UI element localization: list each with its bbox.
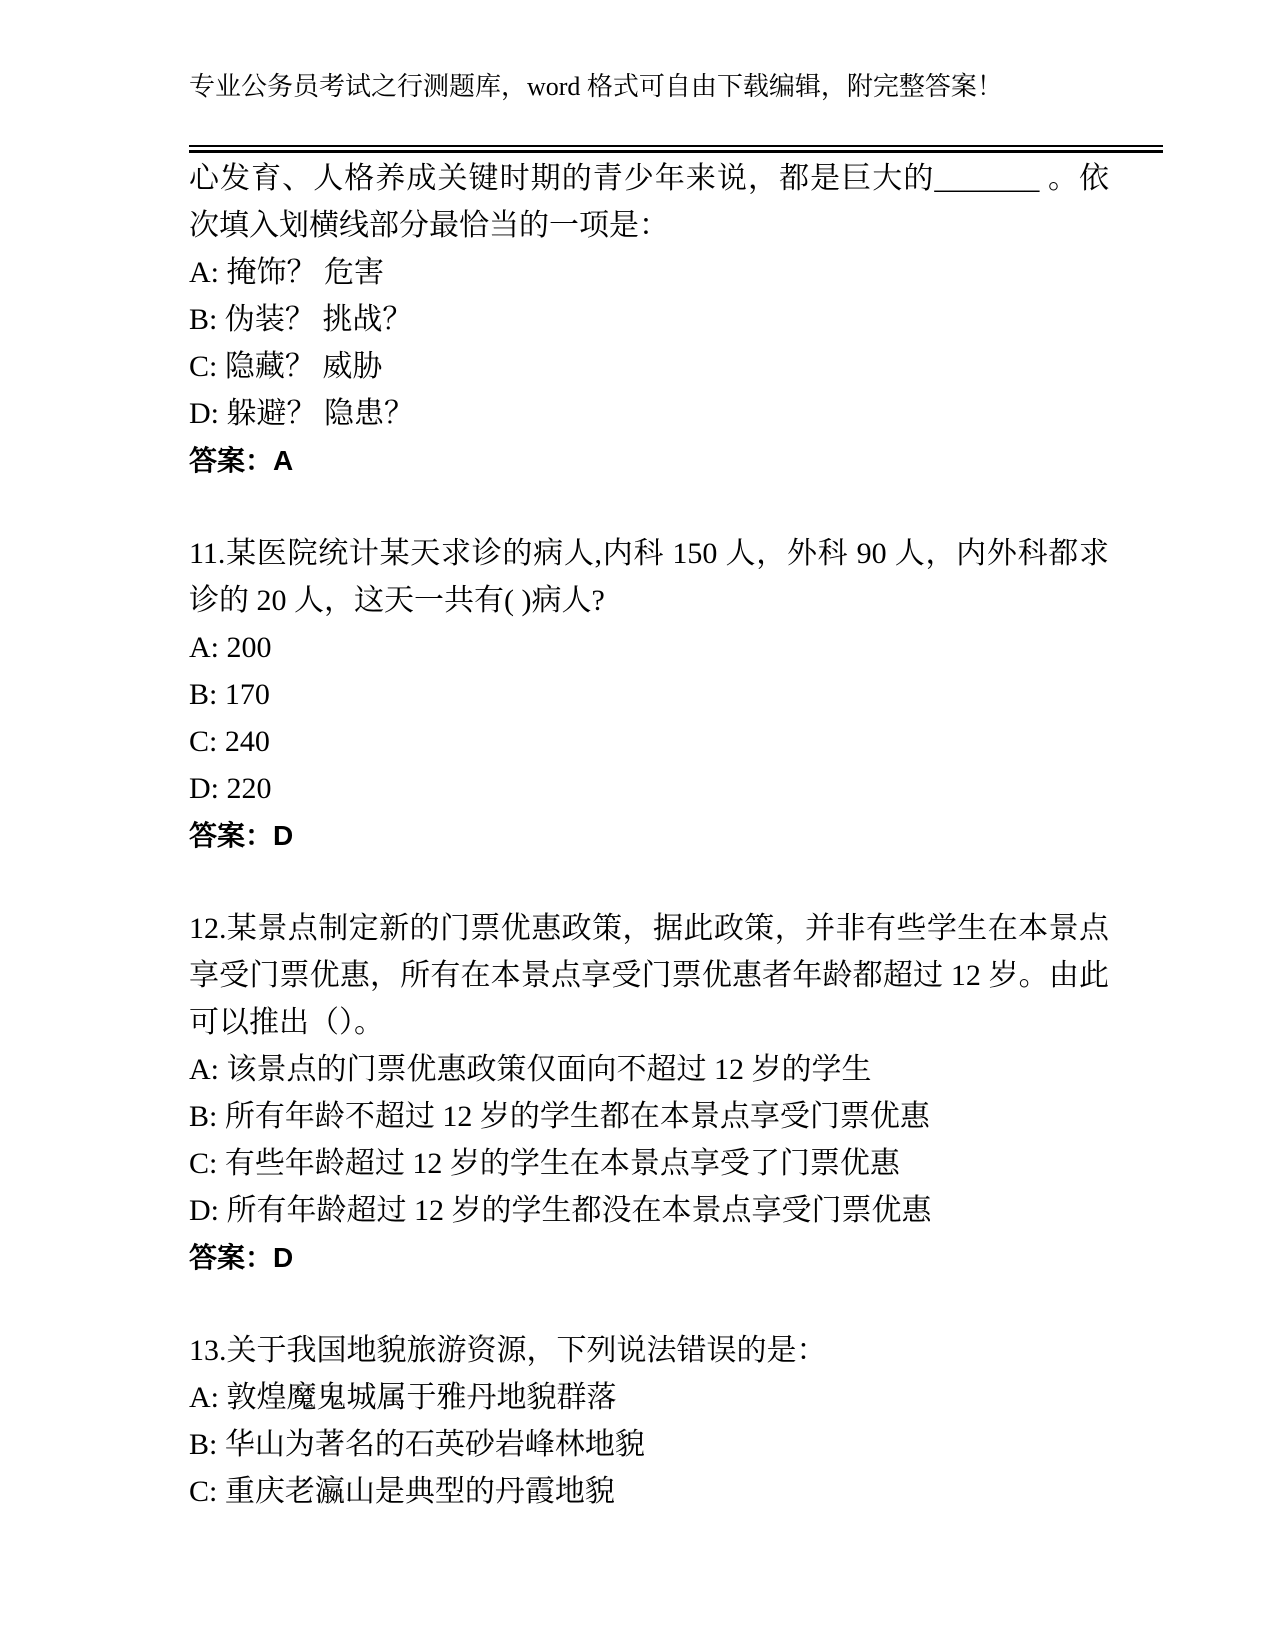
option-line: D: 220 (189, 765, 1109, 812)
question-block: 13.关于我国地貌旅游资源，下列说法错误的是： A: 敦煌魔鬼城属于雅丹地貌群落… (189, 1327, 1109, 1515)
option-line: C: 重庆老瀛山是典型的丹霞地貌 (189, 1468, 1109, 1515)
document-page: 专业公务员考试之行测题库，word 格式可自由下载编辑，附完整答案！ 心发育、人… (0, 0, 1275, 1650)
option-line: D: 所有年龄超过 12 岁的学生都没在本景点享受门票优惠 (189, 1187, 1109, 1234)
option-line: D: 躲避？ 隐患？ (189, 390, 1109, 437)
answer-line: 答案：D (189, 812, 1109, 859)
option-line: A: 敦煌魔鬼城属于雅丹地貌群落 (189, 1374, 1109, 1421)
option-line: A: 掩饰？ 危害 (189, 249, 1109, 296)
question-block: 心发育、人格养成关键时期的青少年来说，都是巨大的_______ 。依次填入划横线… (189, 155, 1109, 484)
answer-line: 答案：A (189, 437, 1109, 484)
question-stem: 心发育、人格养成关键时期的青少年来说，都是巨大的_______ 。依次填入划横线… (189, 155, 1109, 249)
option-line: B: 伪装？ 挑战？ (189, 296, 1109, 343)
option-line: A: 该景点的门票优惠政策仅面向不超过 12 岁的学生 (189, 1046, 1109, 1093)
answer-line: 答案：D (189, 1234, 1109, 1281)
option-line: A: 200 (189, 624, 1109, 671)
option-line: C: 有些年龄超过 12 岁的学生在本景点享受了门票优惠 (189, 1140, 1109, 1187)
document-body: 心发育、人格养成关键时期的青少年来说，都是巨大的_______ 。依次填入划横线… (189, 155, 1109, 1515)
question-block: 12.某景点制定新的门票优惠政策，据此政策，并非有些学生在本景点享受门票优惠，所… (189, 905, 1109, 1281)
question-stem: 11.某医院统计某天求诊的病人,内科 150 人，外科 90 人，内外科都求诊的… (189, 530, 1109, 624)
option-line: C: 隐藏？ 威胁 (189, 343, 1109, 390)
document-header: 专业公务员考试之行测题库，word 格式可自由下载编辑，附完整答案！ (189, 0, 1163, 102)
question-stem: 12.某景点制定新的门票优惠政策，据此政策，并非有些学生在本景点享受门票优惠，所… (189, 905, 1109, 1046)
option-line: B: 华山为著名的石英砂岩峰林地貌 (189, 1421, 1109, 1468)
option-line: B: 所有年龄不超过 12 岁的学生都在本景点享受门票优惠 (189, 1093, 1109, 1140)
option-line: B: 170 (189, 671, 1109, 718)
question-stem: 13.关于我国地貌旅游资源，下列说法错误的是： (189, 1327, 1109, 1374)
header-divider (189, 145, 1163, 153)
option-line: C: 240 (189, 718, 1109, 765)
question-block: 11.某医院统计某天求诊的病人,内科 150 人，外科 90 人，内外科都求诊的… (189, 530, 1109, 859)
